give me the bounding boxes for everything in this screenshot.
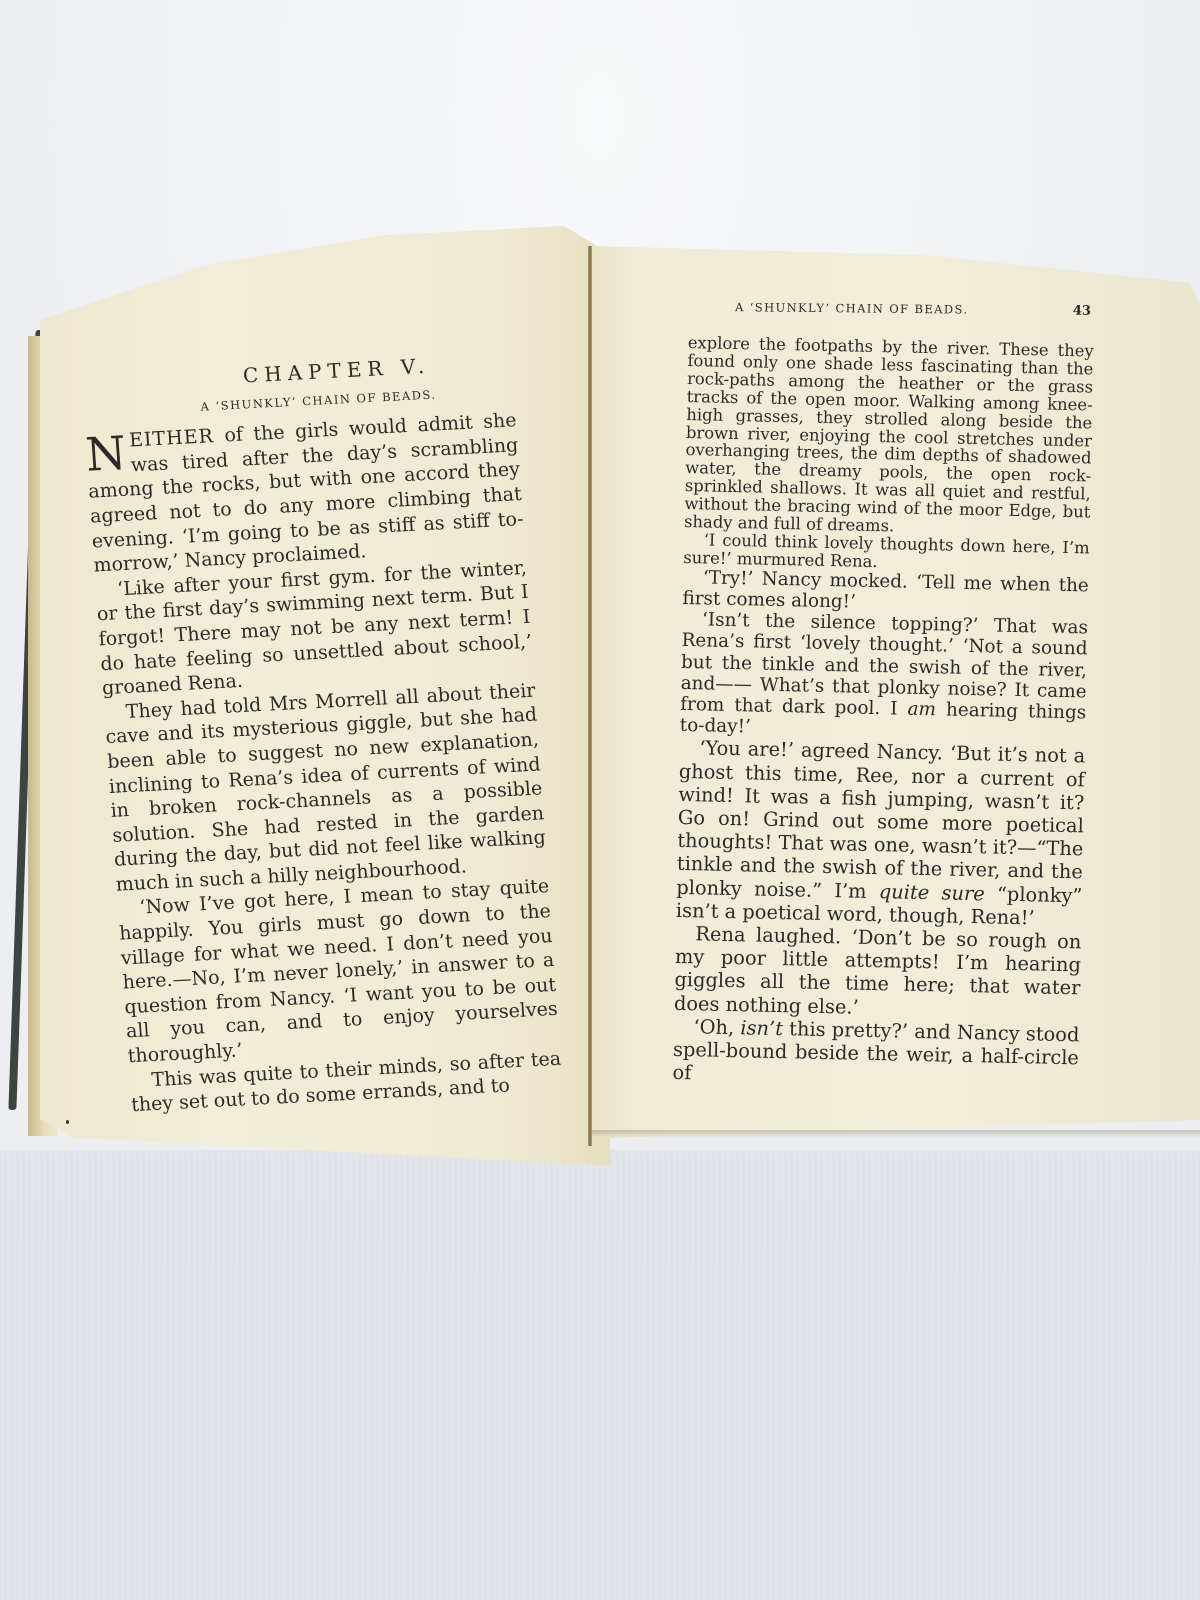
paragraph: ‘Oh, isn’t this pretty?’ and Nancy stood… bbox=[672, 1015, 1079, 1093]
drop-cap: N bbox=[84, 433, 127, 475]
running-head-title: A ‘SHUNKLY’ CHAIN OF BEADS. bbox=[735, 300, 969, 316]
paragraph: ‘Isn’t the silence topping?’ That was Re… bbox=[680, 609, 1089, 745]
paper-speck bbox=[66, 1120, 69, 1124]
book-gutter bbox=[588, 246, 592, 1146]
paragraph: They had told Mrs Morrell all about thei… bbox=[103, 678, 548, 897]
right-page-text: explore the footpaths by the river. Thes… bbox=[672, 334, 1094, 1093]
table-surface-lower bbox=[0, 1150, 1200, 1600]
paragraph: Rena laughed. ‘Don’t be so rough on my p… bbox=[674, 922, 1082, 1023]
paragraph: explore the footpaths by the river. Thes… bbox=[684, 334, 1094, 539]
left-page-text: CHAPTER V. A ‘SHUNKLY’ CHAIN OF BEADS. N… bbox=[80, 349, 564, 1118]
page-number: 43 bbox=[1073, 304, 1091, 319]
paragraph: ‘Like after your first gym. for the wint… bbox=[94, 556, 534, 701]
page-bottom-shadow bbox=[592, 1130, 1200, 1138]
paragraph: ‘You are!’ agreed Nancy. ‘But it’s not a… bbox=[676, 736, 1086, 930]
paragraph: NEITHER of the girls would admit she was… bbox=[84, 408, 526, 578]
paragraph: ‘Now I’ve got here, I mean to stay quite… bbox=[117, 875, 560, 1069]
